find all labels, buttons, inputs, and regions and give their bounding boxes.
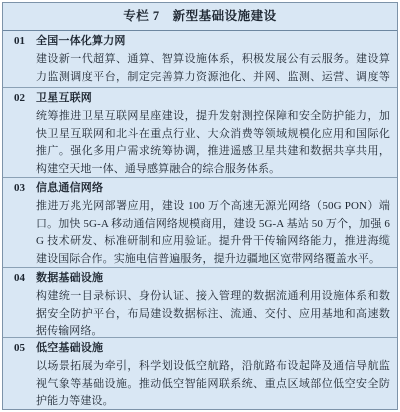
table-row-02: 02 卫星互联网 统筹推进卫星互联网星座建设，提升发射测控保障和安全防护能力，加… [3, 87, 397, 177]
section-number: 02 [14, 90, 25, 108]
table-row-05: 05 低空基础设施 以场景拓展为牵引，科学划设低空航路，沿航路布设起降及通信导航… [3, 337, 397, 407]
section-number: 03 [14, 180, 25, 198]
section-heading: 数据基础设施 [36, 270, 390, 288]
section-heading: 低空基础设施 [36, 340, 390, 358]
section-number: 04 [14, 270, 25, 288]
section-number: 05 [14, 340, 25, 358]
table-title: 专栏 7 新型基础设施建设 [3, 3, 397, 31]
section-number: 01 [14, 33, 25, 51]
section-heading: 卫星互联网 [36, 90, 390, 108]
section-heading: 全国一体化算力网 [36, 33, 390, 51]
section-heading: 信息通信网络 [36, 180, 390, 198]
table-row-04: 04 数据基础设施 构建统一目录标识、身份认证、接入管理的数据流通利用设施体系和… [3, 267, 397, 337]
section-body: 建设新一代超算、通算、智算设施体系，积极发展公有云服务。建设算力监测调度平台，制… [36, 51, 390, 87]
table-row-01: 01 全国一体化算力网 建设新一代超算、通算、智算设施体系，积极发展公有云服务。… [3, 31, 397, 87]
section-body: 以场景拓展为牵引，科学划设低空航路，沿航路布设起降及通信导航监视气象等基础设施。… [36, 358, 390, 407]
section-body: 构建统一目录标识、身份认证、接入管理的数据流通利用设施体系和数据安全防护平台，布… [36, 288, 390, 337]
section-body: 推进万兆光网部署应用，建设 100 万个高速无源光网络（50G PON）端口。加… [36, 198, 390, 267]
table-row-03: 03 信息通信网络 推进万兆光网部署应用，建设 100 万个高速无源光网络（50… [3, 177, 397, 267]
section-body: 统筹推进卫星互联网星座建设，提升发射测控保障和安全防护能力，加快卫星互联网和北斗… [36, 108, 390, 177]
infrastructure-special-column-table: 专栏 7 新型基础设施建设 01 全国一体化算力网 建设新一代超算、通算、智算设… [2, 2, 398, 410]
